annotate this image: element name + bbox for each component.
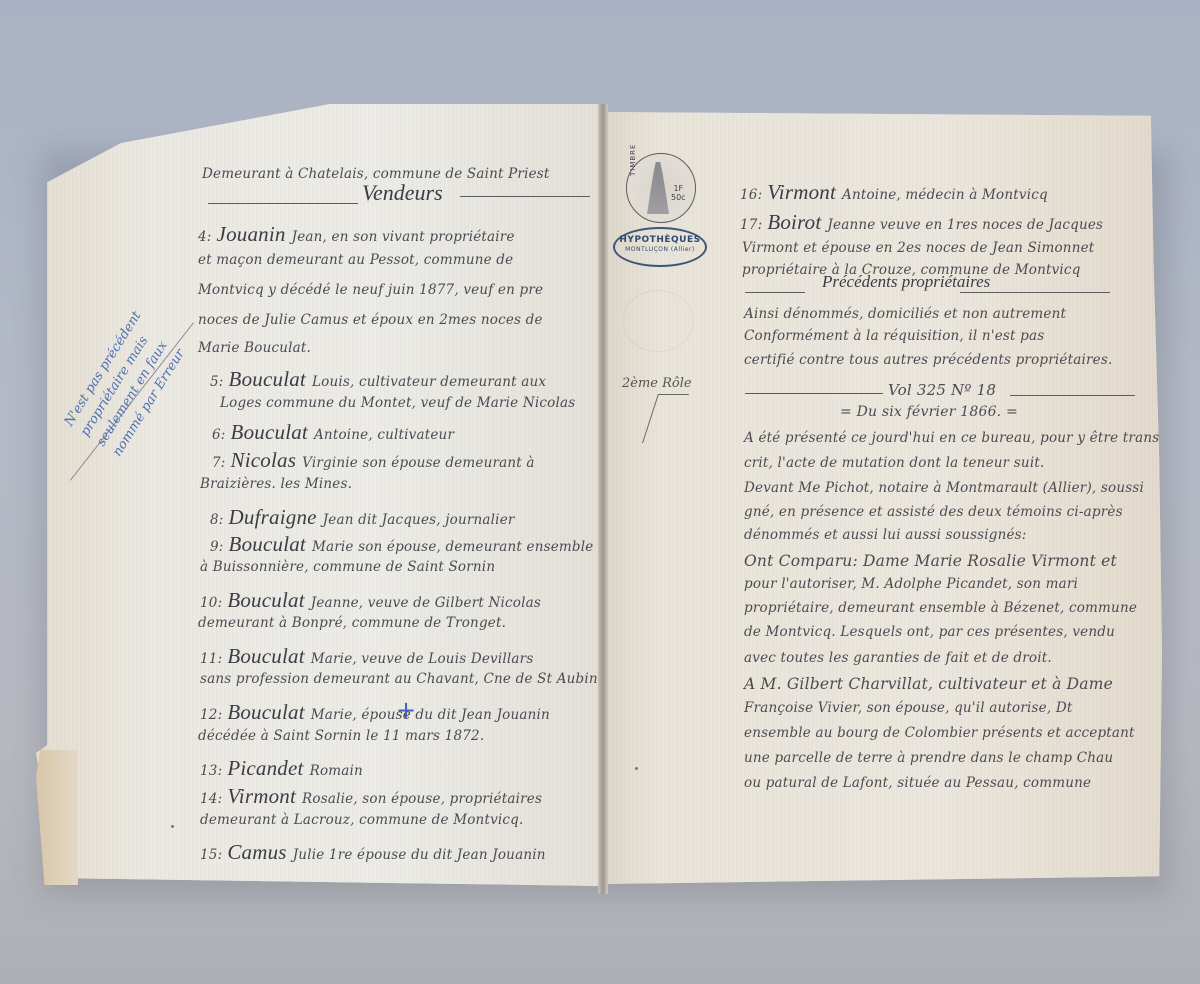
- stamp-value-top: 1F: [671, 184, 686, 193]
- stamp-price: 1F 50c: [671, 184, 686, 202]
- vendor-entry-line: 15:CamusJulie 1re épouse du dit Jean Jou…: [200, 840, 546, 865]
- entry-text: Marie son épouse, demeurant ensemble: [312, 539, 594, 555]
- deed-text-line: pour l'autoriser, M. Adolphe Picandet, s…: [744, 576, 1078, 592]
- vendor-entry-line: Braizières. les Mines.: [200, 476, 352, 492]
- entry-surname: Dufraigne: [229, 505, 317, 529]
- deed-text-line: ensemble au bourg de Colombier présents …: [744, 725, 1135, 741]
- entry-number: 13:: [200, 763, 222, 779]
- entry-surname: Boirot: [767, 210, 821, 234]
- entry-number: 12:: [200, 707, 222, 723]
- entry-number: 10:: [200, 595, 222, 611]
- deed-text-line: Françoise Vivier, son épouse, qu'il auto…: [744, 700, 1072, 716]
- entry-text: Jean dit Jacques, journalier: [323, 512, 515, 528]
- vendor-entry-line: sans profession demeurant au Chavant, Cn…: [200, 671, 598, 687]
- entry-text: Marie, veuve de Louis Devillars: [311, 651, 534, 667]
- entry-surname: Bouculat: [227, 700, 304, 724]
- right-entry-line: propriétaire à la Crouze, commune de Mon…: [742, 262, 1081, 278]
- entry-number: 4:: [198, 229, 212, 245]
- entry-number: 11:: [200, 651, 222, 667]
- deed-text-line: gné, en présence et assisté des deux tém…: [744, 504, 1123, 520]
- entry-surname: Jouanin: [217, 222, 286, 246]
- vendor-entry-line: 13:PicandetRomain: [200, 756, 363, 781]
- entry-text: Jean, en son vivant propriétaire: [292, 229, 515, 245]
- book-gutter: [598, 104, 608, 894]
- entry-surname: Bouculat: [227, 588, 304, 612]
- entry-text: Virmont et épouse en 2es noces de Jean S…: [742, 240, 1094, 256]
- date-line: = Du six février 1866. =: [840, 404, 1018, 420]
- vendor-entry-line: 7:NicolasVirginie son épouse demeurant à: [212, 448, 535, 473]
- entry-surname: Bouculat: [231, 420, 308, 444]
- entry-text: décédée à Saint Sornin le 11 mars 1872.: [198, 728, 484, 744]
- rule: [745, 292, 805, 293]
- entry-text: Virginie son épouse demeurant à: [302, 455, 535, 471]
- role-margin-note: 2ème Rôle: [622, 376, 692, 391]
- vendor-entry-line: 8:DufraigneJean dit Jacques, journalier: [210, 505, 515, 530]
- entry-text: à Buissonnière, commune de Saint Sornin: [200, 559, 495, 575]
- vendor-entry-line: à Buissonnière, commune de Saint Sornin: [200, 559, 495, 575]
- entry-surname: Bouculat: [227, 644, 304, 668]
- entry-text: Marie Bouculat.: [198, 340, 311, 356]
- volume-reference: Vol 325 Nº 18: [888, 381, 996, 399]
- entry-number: 5:: [210, 374, 224, 390]
- deed-text-line: propriétaire, demeurant ensemble à Bézen…: [744, 600, 1137, 616]
- right-entry-line: 16:VirmontAntoine, médecin à Montvicq: [740, 180, 1048, 205]
- vendor-entry-line: Montvicq y décédé le neuf juin 1877, veu…: [198, 282, 543, 298]
- rule: [1010, 395, 1135, 396]
- entry-text: propriétaire à la Crouze, commune de Mon…: [742, 262, 1081, 278]
- entry-text: Jeanne, veuve de Gilbert Nicolas: [311, 595, 541, 611]
- entry-text: Montvicq y décédé le neuf juin 1877, veu…: [198, 282, 543, 298]
- entry-number: 7:: [212, 455, 226, 471]
- entry-text: Antoine, cultivateur: [314, 427, 454, 443]
- entry-text: Jeanne veuve en 1res noces de Jacques: [827, 217, 1103, 233]
- entry-text: demeurant à Bonpré, commune de Tronget.: [198, 615, 506, 631]
- stamp-oval-top: HYPOTHÈQUES: [615, 235, 705, 245]
- rule: [208, 203, 358, 204]
- embossed-watermark: [622, 290, 694, 352]
- entry-text: demeurant à Lacrouz, commune de Montvicq…: [200, 812, 524, 828]
- blue-cross-mark: +: [396, 696, 416, 724]
- stamp-oval-bottom: MONTLUÇON (Allier): [615, 246, 705, 253]
- paragraph-line: Ainsi dénommés, domiciliés et non autrem…: [744, 306, 1066, 322]
- deed-text-line: crit, l'acte de mutation dont la teneur …: [744, 455, 1044, 471]
- deed-text-line: A M. Gilbert Charvillat, cultivateur et …: [744, 675, 1113, 693]
- stamp-side-text: TIMBRE: [629, 144, 637, 176]
- vendor-entry-line: décédée à Saint Sornin le 11 mars 1872.: [198, 728, 484, 744]
- vendor-entry-line: Marie Bouculat.: [198, 340, 311, 356]
- paragraph-line: Conformément à la réquisition, il n'est …: [744, 328, 1044, 344]
- entry-surname: Bouculat: [229, 367, 306, 391]
- entry-text: Loges commune du Montet, veuf de Marie N…: [220, 395, 575, 411]
- rule: [460, 196, 590, 197]
- deed-text-line: une parcelle de terre à prendre dans le …: [744, 750, 1113, 766]
- entry-text: Romain: [310, 763, 363, 779]
- vendor-entry-line: demeurant à Bonpré, commune de Tronget.: [198, 615, 506, 631]
- paragraph-line: certifié contre tous autres précédents p…: [744, 352, 1112, 368]
- entry-text: Julie 1re épouse du dit Jean Jouanin: [293, 847, 546, 863]
- deed-text-line: dénommés et aussi lui aussi soussignés:: [744, 527, 1027, 543]
- entry-surname: Nicolas: [231, 448, 297, 472]
- entry-text: noces de Julie Camus et époux en 2mes no…: [198, 312, 543, 328]
- entry-text: sans profession demeurant au Chavant, Cn…: [200, 671, 598, 687]
- vendor-entry-line: 11:BouculatMarie, veuve de Louis Devilla…: [200, 644, 533, 669]
- deed-text-line: Devant Me Pichot, notaire à Montmarault …: [744, 480, 1144, 496]
- entry-text: Braizières. les Mines.: [200, 476, 352, 492]
- entry-text: et maçon demeurant au Pessot, commune de: [198, 252, 513, 268]
- rule: [960, 292, 1110, 293]
- vendor-entry-line: 5:BouculatLouis, cultivateur demeurant a…: [210, 367, 546, 392]
- entry-surname: Camus: [227, 840, 286, 864]
- entry-surname: Virmont: [767, 180, 836, 204]
- vendeurs-heading: Vendeurs: [362, 180, 443, 206]
- justice-figure-icon: [647, 162, 669, 214]
- hypotheques-stamp: HYPOTHÈQUES MONTLUÇON (Allier): [613, 227, 707, 267]
- vendor-entry-line: et maçon demeurant au Pessot, commune de: [198, 252, 513, 268]
- deed-text-line: A été présenté ce jourd'hui en ce bureau…: [744, 430, 1159, 446]
- vendor-entry-line: demeurant à Lacrouz, commune de Montvicq…: [200, 812, 524, 828]
- entry-number: 8:: [210, 512, 224, 528]
- entry-number: 16:: [740, 187, 762, 203]
- entry-number: 6:: [212, 427, 226, 443]
- entry-text: Antoine, médecin à Montvicq: [842, 187, 1048, 203]
- entry-surname: Picandet: [227, 756, 303, 780]
- vendor-entry-line: 10:BouculatJeanne, veuve de Gilbert Nico…: [200, 588, 541, 613]
- entry-surname: Virmont: [227, 784, 296, 808]
- rule: [745, 393, 883, 394]
- entry-number: 14:: [200, 791, 222, 807]
- vendor-entry-line: 14:VirmontRosalie, son épouse, propriéta…: [200, 784, 542, 809]
- ink-dot: [171, 825, 174, 828]
- deed-text-line: avec toutes les garanties de fait et de …: [744, 650, 1052, 666]
- deed-text-line: Ont Comparu: Dame Marie Rosalie Virmont …: [744, 552, 1117, 570]
- vendor-entry-line: 9:BouculatMarie son épouse, demeurant en…: [210, 532, 593, 557]
- entry-number: 17:: [740, 217, 762, 233]
- stamp-value-bottom: 50c: [671, 193, 686, 202]
- tax-stamp-circle: TIMBRE 1F 50c: [626, 153, 696, 223]
- entry-surname: Bouculat: [229, 532, 306, 556]
- entry-text: Marie, épouse du dit Jean Jouanin: [311, 707, 550, 723]
- entry-text: Rosalie, son épouse, propriétaires: [302, 791, 542, 807]
- entry-number: 15:: [200, 847, 222, 863]
- right-entry-line: 17:BoirotJeanne veuve en 1res noces de J…: [740, 210, 1103, 235]
- right-entry-line: Virmont et épouse en 2es noces de Jean S…: [742, 240, 1094, 256]
- vendor-entry-line: 12:BouculatMarie, épouse du dit Jean Jou…: [200, 700, 550, 725]
- deed-text-line: de Montvicq. Lesquels ont, par ces prése…: [744, 624, 1115, 640]
- entry-number: 9:: [210, 539, 224, 555]
- entry-text: Louis, cultivateur demeurant aux: [312, 374, 546, 390]
- vendor-entry-line: noces de Julie Camus et époux en 2mes no…: [198, 312, 543, 328]
- vendor-entry-line: 6:BouculatAntoine, cultivateur: [212, 420, 454, 445]
- vendor-entry-line: 4:JouaninJean, en son vivant propriétair…: [198, 222, 515, 247]
- binding-hole: [635, 767, 638, 770]
- vendor-entry-line: Loges commune du Montet, veuf de Marie N…: [220, 395, 575, 411]
- deed-text-line: ou patural de Lafont, située au Pessau, …: [744, 775, 1091, 791]
